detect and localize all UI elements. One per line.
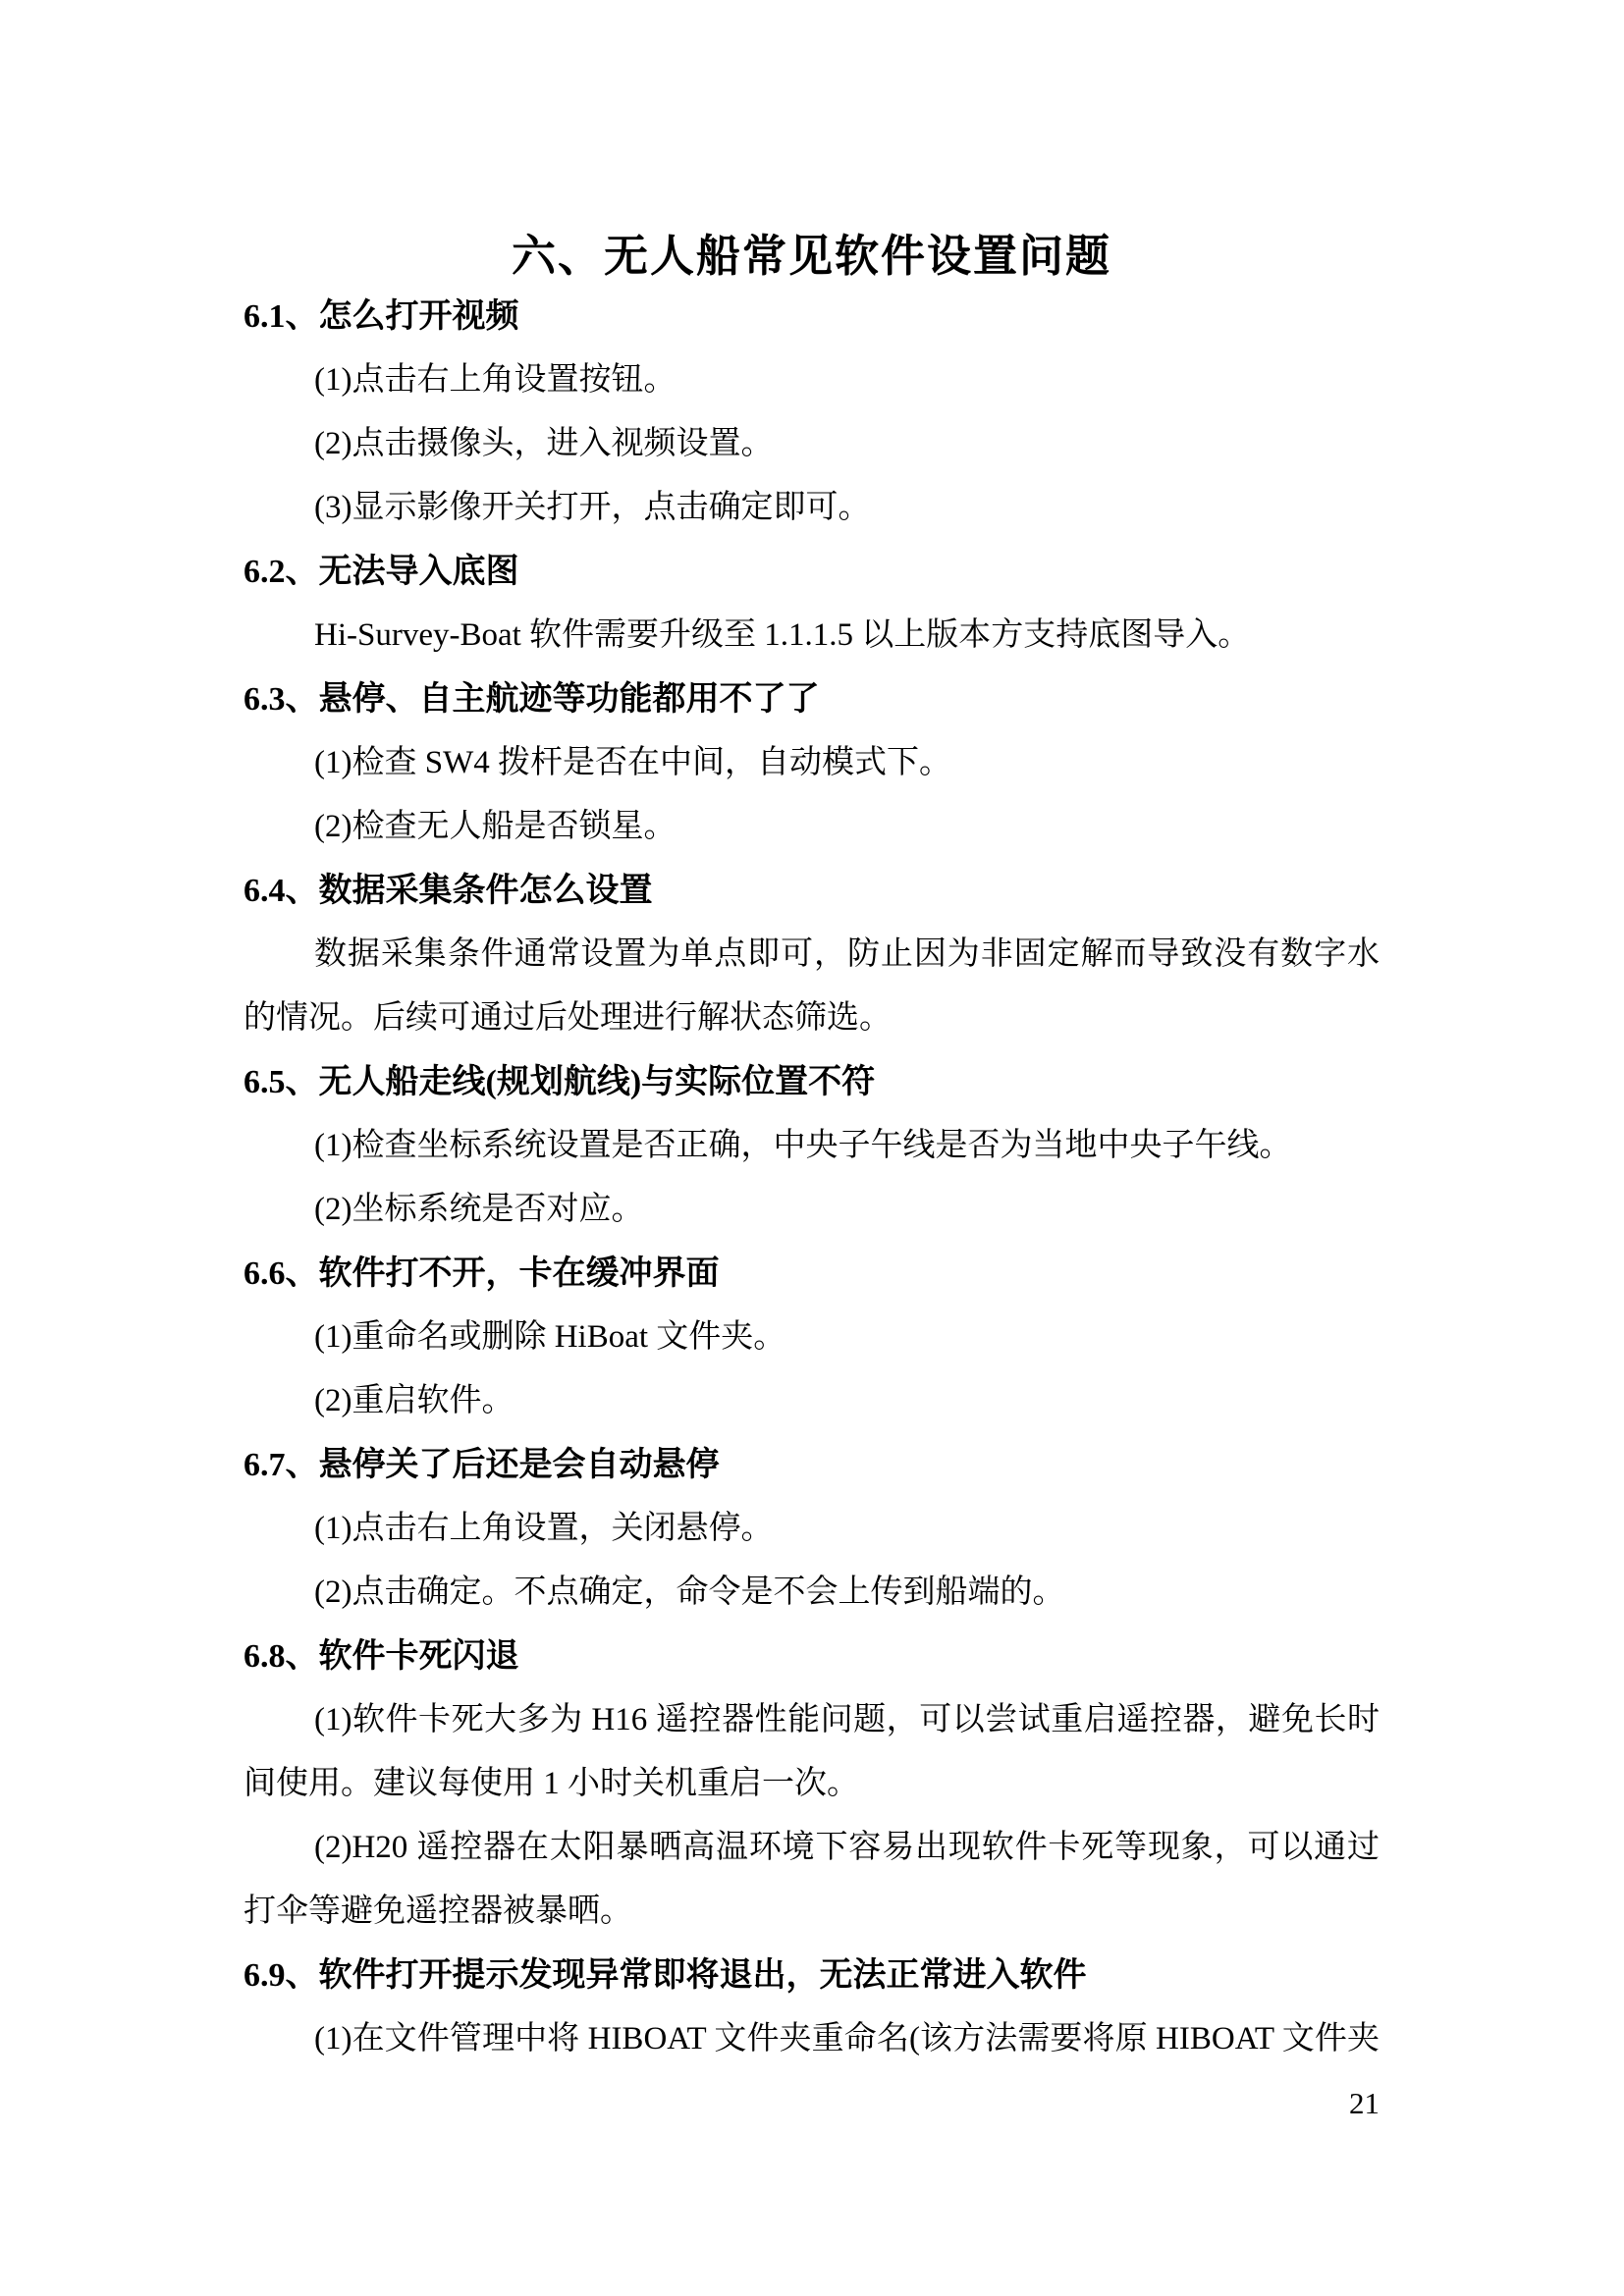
section-6-2-body: Hi-Survey-Boat 软件需要升级至 1.1.1.5 以上版本方支持底图… [244,604,1380,667]
section-6-7-step-2: (2)点击确定。不点确定，命令是不会上传到船端的。 [244,1561,1380,1625]
section-6-7-step-1: (1)点击右上角设置，关闭悬停。 [244,1497,1380,1561]
section-heading-6-5: 6.5、无人船走线(规划航线)与实际位置不符 [244,1050,1380,1114]
section-6-6-step-1: (1)重命名或删除 HiBoat 文件夹。 [244,1306,1380,1369]
section-6-8-step-2-line-2: 打伞等避免遥控器被暴晒。 [244,1880,1380,1944]
section-6-4-body-line-2: 的情况。后续可通过后处理进行解状态筛选。 [244,987,1380,1050]
section-6-8-step-2-line-1: (2)H20 遥控器在太阳暴晒高温环境下容易出现软件卡死等现象，可以通过 [244,1816,1380,1880]
page-title: 六、无人船常见软件设置问题 [244,228,1380,285]
section-heading-6-2: 6.2、无法导入底图 [244,540,1380,604]
page-number: 21 [244,2071,1380,2135]
section-6-8-step-1-line-2: 间使用。建议每使用 1 小时关机重启一次。 [244,1752,1380,1816]
section-6-5-step-2: (2)坐标系统是否对应。 [244,1178,1380,1242]
document-page: 六、无人船常见软件设置问题 6.1、怎么打开视频 (1)点击右上角设置按钮。 (… [0,0,1624,2296]
section-heading-6-3: 6.3、悬停、自主航迹等功能都用不了了 [244,667,1380,731]
section-heading-6-9: 6.9、软件打开提示发现异常即将退出，无法正常进入软件 [244,1944,1380,2007]
section-6-8-step-1-line-1: (1)软件卡死大多为 H16 遥控器性能问题，可以尝试重启遥控器，避免长时 [244,1688,1380,1752]
section-heading-6-4: 6.4、数据采集条件怎么设置 [244,859,1380,923]
section-6-1-step-1: (1)点击右上角设置按钮。 [244,348,1380,412]
section-heading-6-7: 6.7、悬停关了后还是会自动悬停 [244,1433,1380,1497]
section-6-3-step-2: (2)检查无人船是否锁星。 [244,795,1380,859]
section-6-9-step-1-line-1: (1)在文件管理中将 HIBOAT 文件夹重命名(该方法需要将原 HIBOAT … [244,2007,1380,2071]
section-heading-6-1: 6.1、怎么打开视频 [244,285,1380,348]
section-6-6-step-2: (2)重启软件。 [244,1369,1380,1433]
section-6-4-body-line-1: 数据采集条件通常设置为单点即可，防止因为非固定解而导致没有数字水深 [244,923,1380,987]
section-heading-6-6: 6.6、软件打不开，卡在缓冲界面 [244,1242,1380,1306]
section-heading-6-8: 6.8、软件卡死闪退 [244,1625,1380,1688]
section-6-1-step-2: (2)点击摄像头，进入视频设置。 [244,412,1380,476]
section-6-3-step-1: (1)检查 SW4 拨杆是否在中间，自动模式下。 [244,731,1380,795]
section-6-1-step-3: (3)显示影像开关打开，点击确定即可。 [244,476,1380,540]
section-6-5-step-1: (1)检查坐标系统设置是否正确，中央子午线是否为当地中央子午线。 [244,1114,1380,1178]
